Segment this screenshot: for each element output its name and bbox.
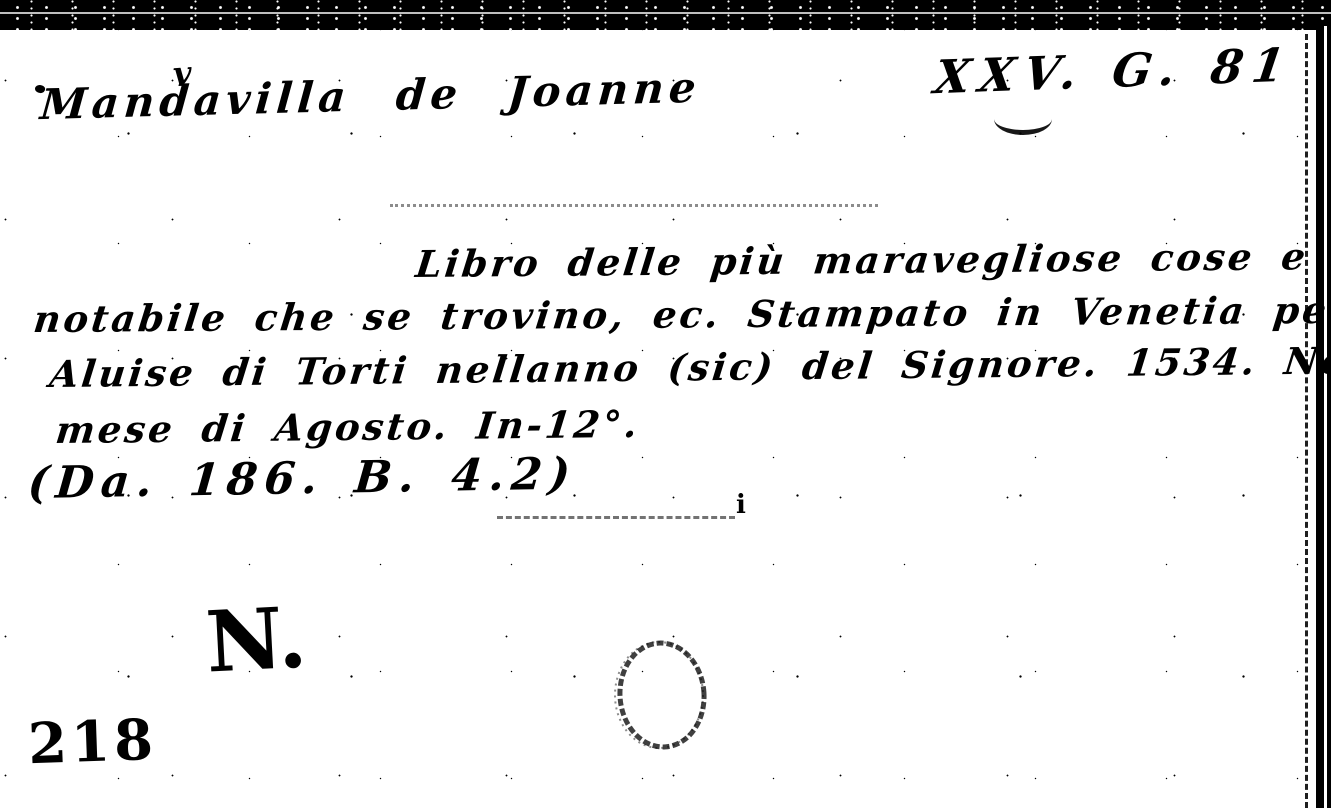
description-line-4: mese di Agosto. In-12°. xyxy=(54,406,642,449)
description-line-3: Aluise di Torti nellanno (sic) del Signo… xyxy=(48,342,1331,393)
scan-stitch-line xyxy=(1305,34,1308,808)
oval-stamp xyxy=(610,638,714,758)
shelfmark: XXV. G. 81 xyxy=(931,41,1296,100)
n-annotation: N. xyxy=(204,595,309,684)
erased-rule-top xyxy=(390,204,878,207)
catalog-card-scan: v Mandavilla de Joanne XXV. G. 81 Libro … xyxy=(0,0,1331,808)
shelfmark-underline xyxy=(994,112,1052,135)
stray-mark: i xyxy=(736,490,746,520)
erased-rule-bottom xyxy=(497,516,735,519)
description-line-1: Libro delle più maravegliose cose e più xyxy=(414,237,1331,283)
description-line-2: notabile che se trovino, ec. Stampato in… xyxy=(32,292,1331,338)
description-line-5: (Da. 186. B. 4.2) xyxy=(26,452,579,506)
scan-right-edge xyxy=(1316,26,1331,808)
author-heading: Mandavilla de Joanne xyxy=(39,67,703,126)
scan-top-edge xyxy=(0,0,1331,30)
card-number: 218 xyxy=(27,712,158,772)
